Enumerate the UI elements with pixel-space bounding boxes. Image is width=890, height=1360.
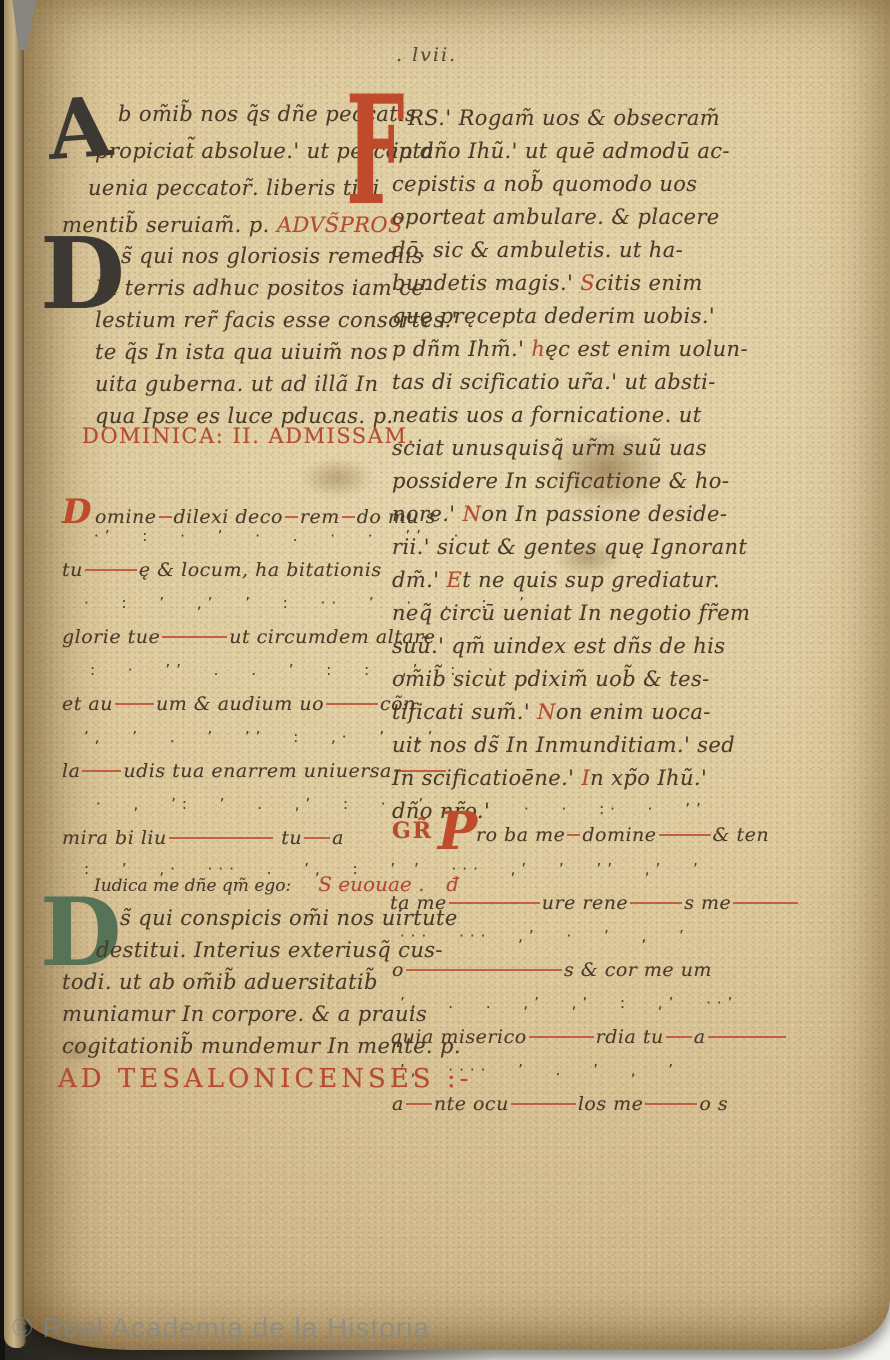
text-line: nore.' Non In passione deside-: [392, 498, 750, 531]
introit-text-line: Dominedilexi decoremdo mu s: [62, 492, 436, 532]
text-line: rii.' sicut & gentes quę Ignorant: [392, 531, 750, 564]
introit-text-line: tuę & locum, ha bitationis: [62, 559, 382, 581]
text-line: oporteat ambulare. & placere: [392, 201, 750, 234]
neume-line: ’ ··· ,’ ’ ’’ ,’ ’: [414, 860, 704, 878]
neume-line: ··· ··· ,’ · ’ , ’: [400, 927, 690, 945]
introit-initial-D: D: [62, 492, 92, 532]
introit-text-line: mira bi liu tua: [62, 827, 344, 849]
text-line: om̃ib̃ sicut pdixim̃ uob̃ & tes-: [392, 663, 750, 696]
text-line: in dño Ihũ.' ut quē admodū ac-: [392, 135, 750, 168]
gradual-text-line: quia misericordia tua: [390, 1026, 788, 1048]
previous-page-edge: [4, 0, 26, 1348]
text-line: neq̃ circū ueniat In negotio fr̃em: [392, 597, 750, 630]
text-line: dm̃.' Et ne quis sup grediatur.: [392, 564, 750, 597]
text-line: tificati sum̃.' Non enim uoca-: [392, 696, 750, 729]
rubric-dominica-ii-ad-missam: DOMINICA: II. ADMISSAM.: [82, 424, 416, 448]
text-line: bundetis magis.' Scitis enim: [392, 267, 750, 300]
text-line: dō. sic & ambuletis. ut ha-: [392, 234, 750, 267]
text-line: p dñm Ihm̃.' hęc est enim uolun-: [392, 333, 750, 366]
text-line: cepistis a nob̃ quomodo uos: [392, 168, 750, 201]
neume-line: ’, ’ . ’ ’’ : ,· ’ ,’: [84, 728, 438, 746]
neume-line: ’, . . ,’ ,’ : ,’ ··’: [400, 994, 738, 1012]
gradual-text-line: ta meure renes me: [390, 892, 800, 914]
text-line: tas di scificatio ur̃a.' ut absti-: [392, 366, 750, 399]
parchment-page: . lvii. A b om̃ib̃ nos q̃s dñe peccatis …: [24, 0, 890, 1350]
introit-text-line: et auum & audium uocõn: [62, 693, 416, 715]
introit-text-line: laudis tua enarrem uniuersa: [62, 760, 448, 782]
gradual-text-line: ante oculos meo s: [392, 1093, 728, 1115]
manuscript-photo: . lvii. A b om̃ib̃ nos q̃s dñe peccatis …: [0, 0, 890, 1360]
gradual-text-line: os & cor me um: [392, 959, 712, 981]
watermark: © Real Academia de la Historia: [12, 1312, 430, 1344]
epistle-thessalonians: RS.' Rogam̃ uos & obsecram̃ in dño Ihũ.'…: [392, 102, 750, 828]
neume-line: · · :· · ’’: [524, 800, 707, 818]
text-line: uit nos ds̃ In Inmunditiam.' sed: [392, 729, 750, 762]
text-line: sciat unusquisq̃ ur̃m suũ uas: [392, 432, 750, 465]
text-line: suũ.' qm̃ uindex est dñs de his: [392, 630, 750, 663]
text-line: quę pręcepta dederim uobis.': [392, 300, 750, 333]
gradual-label: GR̃: [392, 818, 433, 844]
text-line: possidere In scificatione & ho-: [392, 465, 750, 498]
neume-line: ’, ···· ’ . ’ , ’: [400, 1061, 679, 1079]
folio-number: . lvii.: [396, 44, 457, 66]
text-line: In scificatioēne.' In xp̃o Ihũ.': [392, 762, 750, 795]
gradual-initial-P: P: [438, 806, 477, 858]
introit-text-line: glorie tueut circumdem altare: [62, 626, 436, 648]
text-line: RS.' Rogam̃ uos & obsecram̃: [408, 102, 750, 135]
gradual-text-line: ro ba medomine& ten: [476, 824, 769, 846]
text-line: neatis uos a fornicatione. ut: [392, 399, 750, 432]
